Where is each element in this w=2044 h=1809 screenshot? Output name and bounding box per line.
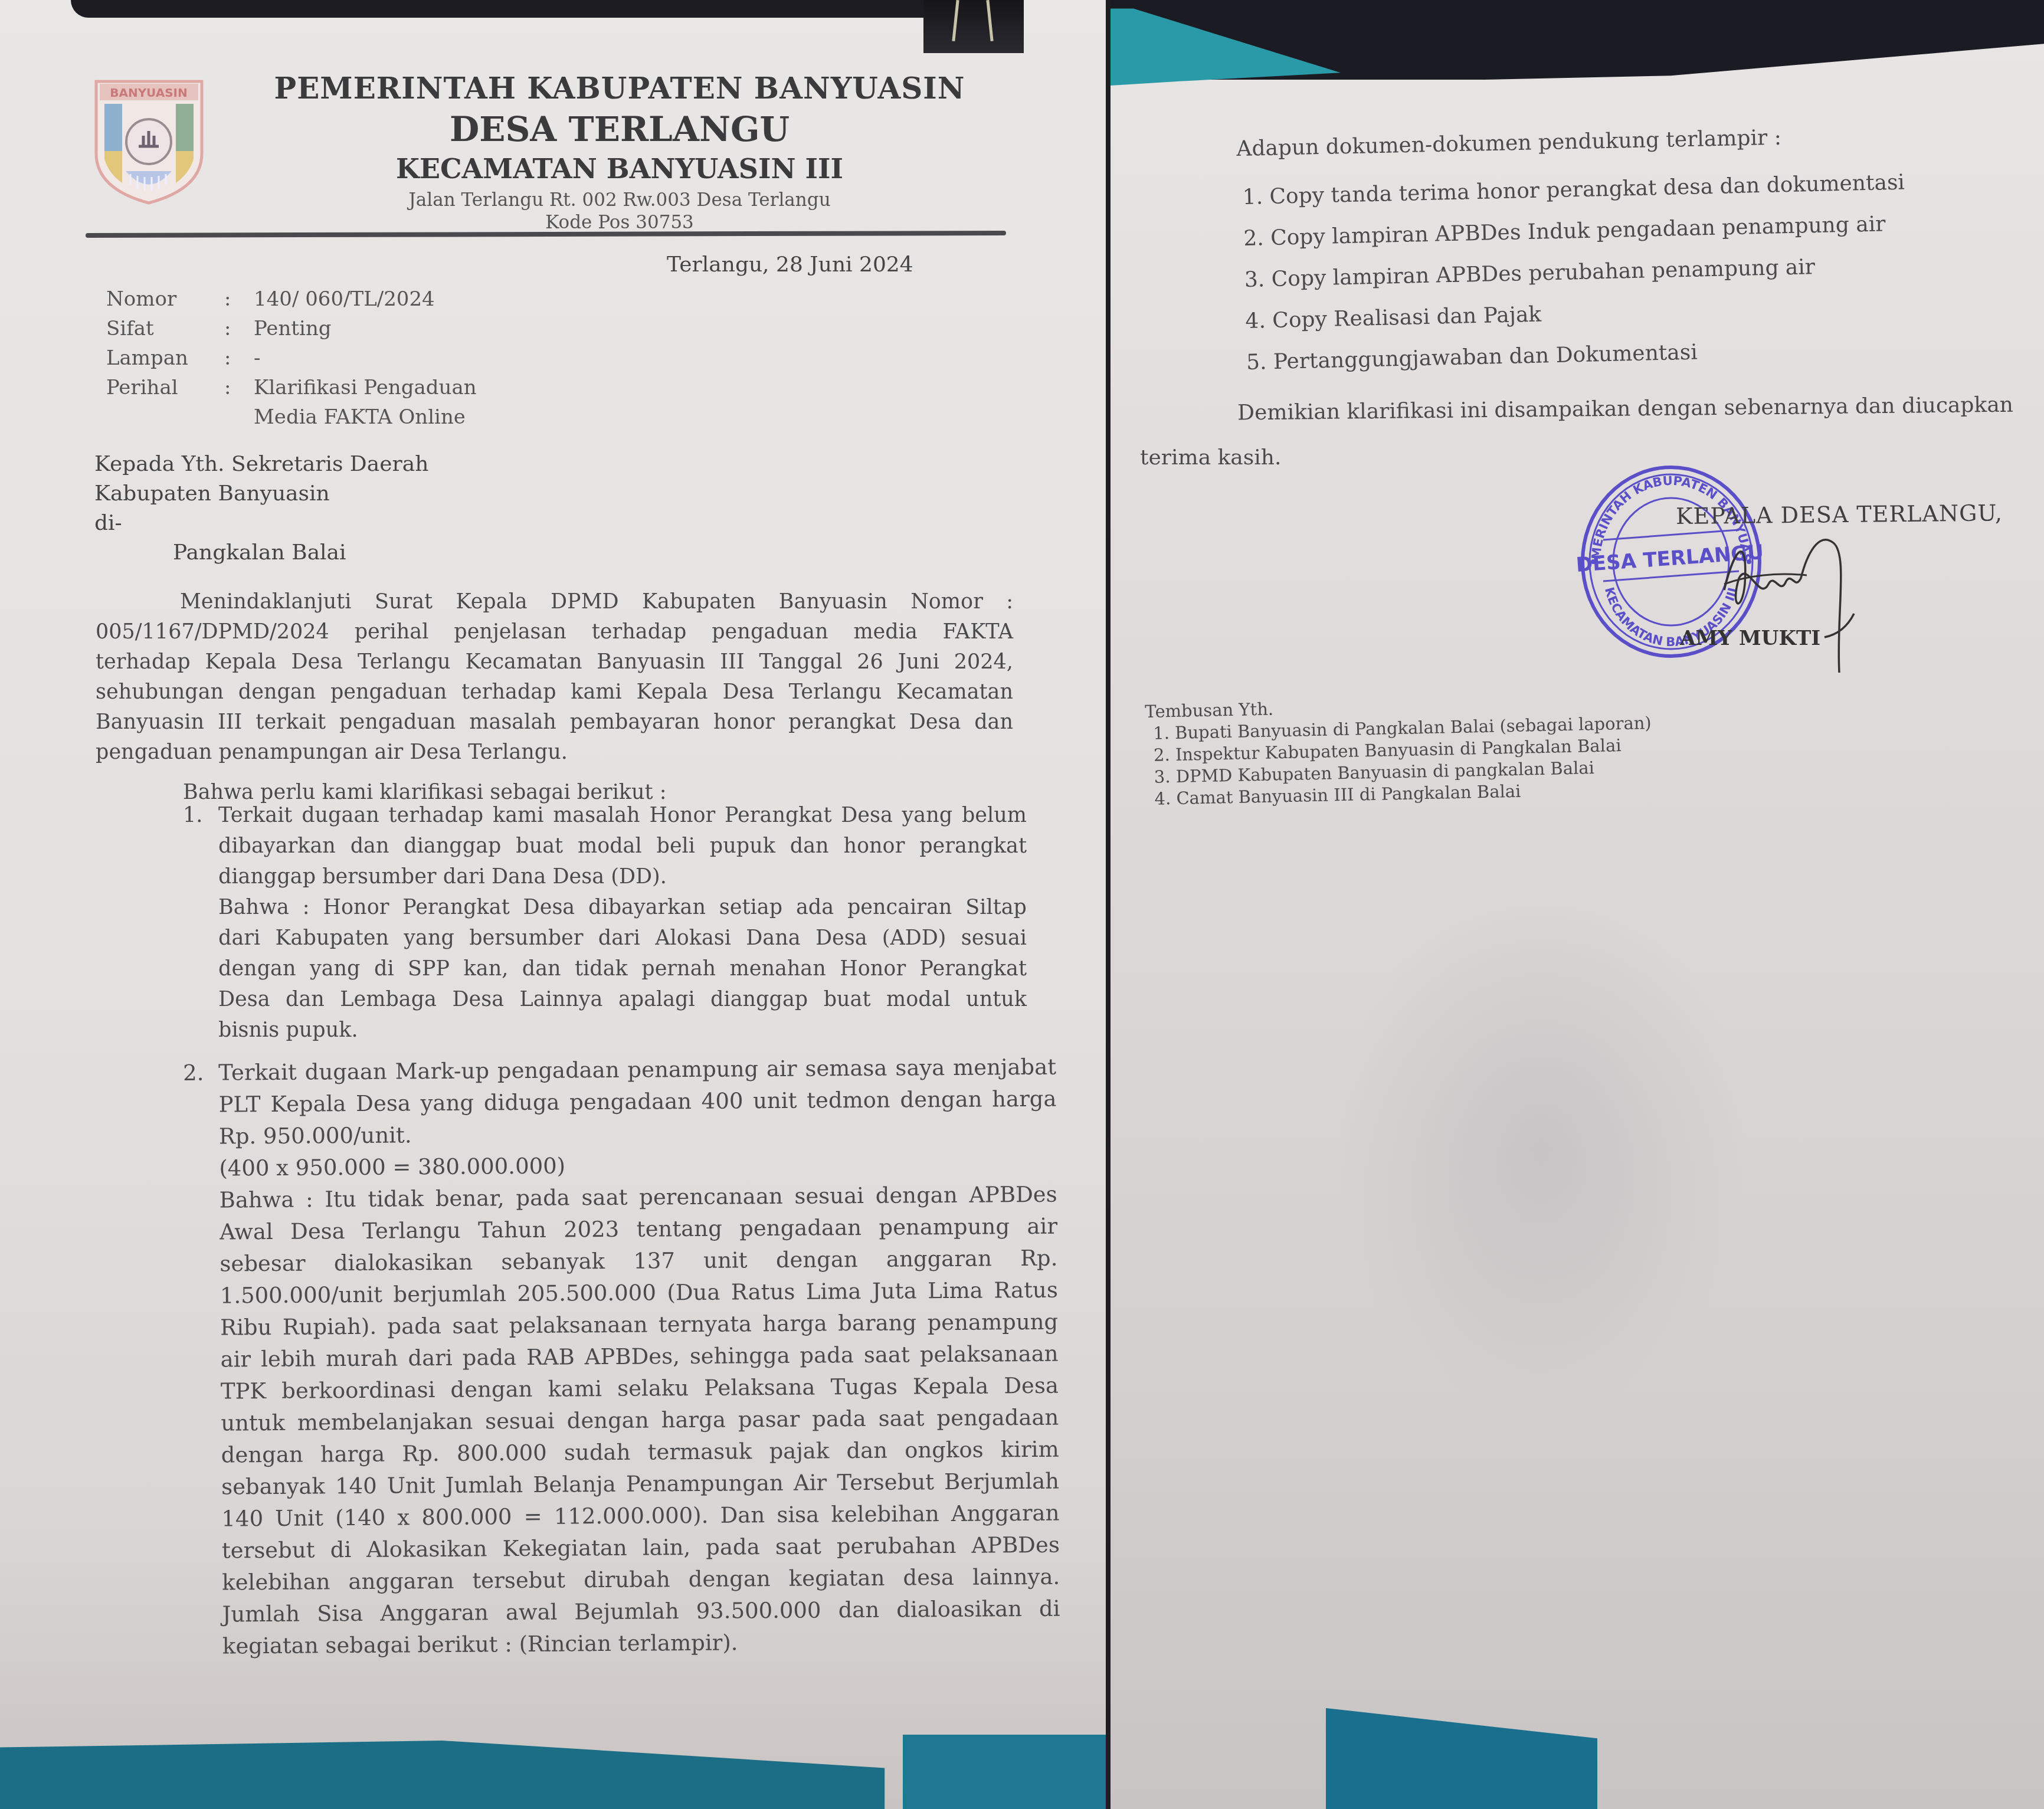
meta-value: Klarifikasi Pengaduan Media FAKTA Online — [254, 373, 477, 432]
recipient-block: Kepada Yth. Sekretaris Daerah Kabupaten … — [94, 450, 428, 568]
item-line: tersebut di Alokasikan Kekegiatan lain, … — [222, 1529, 1060, 1567]
item-number: 1. — [183, 800, 218, 1046]
letterhead-divider — [86, 231, 1006, 238]
item-line: Awal Desa Terlangu Tahun 2023 tentang pe… — [220, 1211, 1057, 1248]
letter-metadata: Nomor : 140/ 060/TL/2024 Sifat : Penting… — [106, 284, 477, 432]
letterhead: PEMERINTAH KABUPATEN BANYUASIN DESA TERL… — [248, 71, 991, 233]
meta-row-lampiran: Lampan : - — [106, 343, 477, 373]
subject-line-2: Media FAKTA Online — [254, 405, 466, 429]
item-line: bisnis pupuk. — [218, 1015, 1027, 1046]
meta-colon: : — [224, 373, 254, 432]
clarification-item-2: 2. Terkait dugaan Mark-up pengadaan pena… — [183, 1051, 1060, 1663]
recipient-line: di- — [94, 509, 428, 538]
item-line: dianggap bersumber dari Dana Desa (DD). — [218, 861, 1027, 892]
handwritten-signature-icon — [1712, 519, 1878, 679]
meta-row-nomor: Nomor : 140/ 060/TL/2024 — [106, 284, 477, 314]
item-line: PLT Kepala Desa yang diduga pengadaan 40… — [218, 1083, 1056, 1121]
meta-label: Lampan — [106, 343, 224, 373]
item-body: Terkait dugaan Mark-up pengadaan penampu… — [218, 1051, 1060, 1663]
cc-list: Bupati Banyuasin di Pangkalan Balai (seb… — [1145, 712, 1653, 810]
letter-page-2: Adapun dokumen-dokumen pendukung terlamp… — [1111, 0, 2044, 1809]
letterhead-address: Jalan Terlangu Rt. 002 Rw.003 Desa Terla… — [248, 189, 991, 211]
item-line: kelebihan anggaran tersebut dirubah deng… — [222, 1561, 1060, 1599]
item-line: 1.500.000/unit berjumlah 205.500.000 (Du… — [220, 1274, 1058, 1312]
meta-value: 140/ 060/TL/2024 — [254, 284, 435, 314]
carbon-copy-block: Tembusan Yth. Bupati Banyuasin di Pangka… — [1145, 690, 1653, 810]
meta-value: - — [254, 343, 261, 373]
banyuasin-regency-logo-icon: BANYUASIN — [91, 77, 207, 207]
photo-divider — [1106, 0, 1111, 1809]
recipient-line: Kepada Yth. Sekretaris Daerah — [94, 450, 428, 479]
item-line: sebesar dialokasikan sebanyak 137 unit d… — [220, 1243, 1057, 1280]
item-line: dibayarkan dan dianggap buat modal beli … — [218, 831, 1027, 861]
camera-shadow — [1335, 885, 1748, 1416]
subject-line-1: Klarifikasi Pengaduan — [254, 376, 477, 399]
item-line: dengan yang di SPP kan, dan tidak pernah… — [218, 953, 1027, 984]
binder-clip — [923, 0, 1024, 53]
letterhead-postal-code: Kode Pos 30753 — [248, 212, 991, 233]
list-item: 2. Terkait dugaan Mark-up pengadaan pena… — [183, 1051, 1060, 1663]
item-line: untuk membelanjakan sesuai dengan harga … — [221, 1402, 1059, 1440]
intro-line: Banyuasin III terkait pengaduan masalah … — [96, 707, 1013, 738]
letterhead-government: PEMERINTAH KABUPATEN BANYUASIN — [248, 71, 991, 106]
meta-row-sifat: Sifat : Penting — [106, 314, 477, 343]
intro-line: terhadap Kepala Desa Terlangu Kecamatan … — [96, 647, 1013, 677]
intro-line: 005/1167/DPMD/2024 perihal penjelasan te… — [96, 617, 1013, 647]
item-line: Ribu Rupiah). pada saat pelaksanaan tern… — [220, 1306, 1058, 1344]
intro-line: Menindaklanjuti Surat Kepala DPMD Kabupa… — [96, 587, 1013, 617]
letterhead-village: DESA TERLANGU — [248, 109, 991, 149]
item-line: sebanyak 140 Unit Jumlah Belanja Penampu… — [221, 1466, 1059, 1503]
clarification-item-1: 1. Terkait dugaan terhadap kami masalah … — [183, 800, 1027, 1046]
letter-date: Terlangu, 28 Juni 2024 — [667, 253, 913, 277]
item-line: 140 Unit (140 x 800.000 = 112.000.000). … — [221, 1497, 1059, 1535]
item-line: kegiatan sebagai berikut : (Rincian terl… — [222, 1625, 1060, 1663]
meta-label: Perihal — [106, 373, 224, 432]
meta-row-perihal: Perihal : Klarifikasi Pengaduan Media FA… — [106, 373, 477, 432]
meta-value: Penting — [254, 314, 332, 343]
meta-colon: : — [224, 314, 254, 343]
item-line: dari Kabupaten yang bersumber dari Aloka… — [218, 923, 1027, 953]
item-line: Terkait dugaan Mark-up pengadaan penampu… — [218, 1051, 1056, 1089]
intro-paragraph: Menindaklanjuti Surat Kepala DPMD Kabupa… — [96, 587, 1013, 768]
item-line: Bahwa : Honor Perangkat Desa dibayarkan … — [218, 892, 1027, 923]
letterhead-district: KECAMATAN BANYUASIN III — [248, 153, 991, 185]
item-line: (400 x 950.000 = 380.000.000) — [219, 1147, 1057, 1185]
meta-label: Nomor — [106, 284, 224, 314]
recipient-line: Pangkalan Balai — [94, 538, 428, 568]
intro-line: sehubungan dengan pengaduan terhadap kam… — [96, 677, 1013, 707]
item-line: Bahwa : Itu tidak benar, pada saat peren… — [220, 1179, 1057, 1217]
closing-line: Demikian klarifikasi ini disampaikan den… — [1205, 392, 2043, 425]
item-line: Terkait dugaan terhadap kami masalah Hon… — [218, 800, 1027, 831]
item-line: TPK berkoordinasi dengan kami selaku Pel… — [221, 1370, 1059, 1408]
svg-text:BANYUASIN: BANYUASIN — [110, 86, 188, 100]
item-line: Jumlah Sisa Anggaran awal Bejumlah 93.50… — [222, 1593, 1060, 1631]
meta-label: Sifat — [106, 314, 224, 343]
item-body: Terkait dugaan terhadap kami masalah Hon… — [218, 800, 1027, 1046]
item-line: Rp. 950.000/unit. — [219, 1115, 1057, 1153]
supporting-docs-list: 1. Copy tanda terima honor perangkat des… — [1242, 162, 1909, 384]
background-table-surface — [903, 1735, 1106, 1809]
meta-colon: : — [224, 284, 254, 314]
item-line: dengan harga Rp. 800.000 sudah termasuk … — [221, 1434, 1059, 1472]
intro-line: pengaduan penampungan air Desa Terlangu. — [96, 738, 1013, 768]
signatory-name: AMY MUKTI — [1680, 627, 1820, 650]
item-number: 2. — [183, 1057, 222, 1663]
background-shadow — [71, 0, 956, 18]
closing-line-2: terima kasih. — [1140, 445, 1281, 470]
background-table-surface — [1326, 1708, 1597, 1809]
item-line: air lebih murah dari pada RAB APBDes, se… — [220, 1338, 1058, 1376]
supporting-docs-intro: Adapun dokumen-dokumen pendukung terlamp… — [1236, 126, 1781, 161]
item-line: Desa dan Lembaga Desa Lainnya apalagi di… — [218, 984, 1027, 1015]
recipient-line: Kabupaten Banyuasin — [94, 479, 428, 509]
meta-colon: : — [224, 343, 254, 373]
letter-page-1: BANYUASIN PEMERINTAH KABUPATEN BANYUASIN… — [0, 0, 1106, 1809]
list-item: 1. Terkait dugaan terhadap kami masalah … — [183, 800, 1027, 1046]
